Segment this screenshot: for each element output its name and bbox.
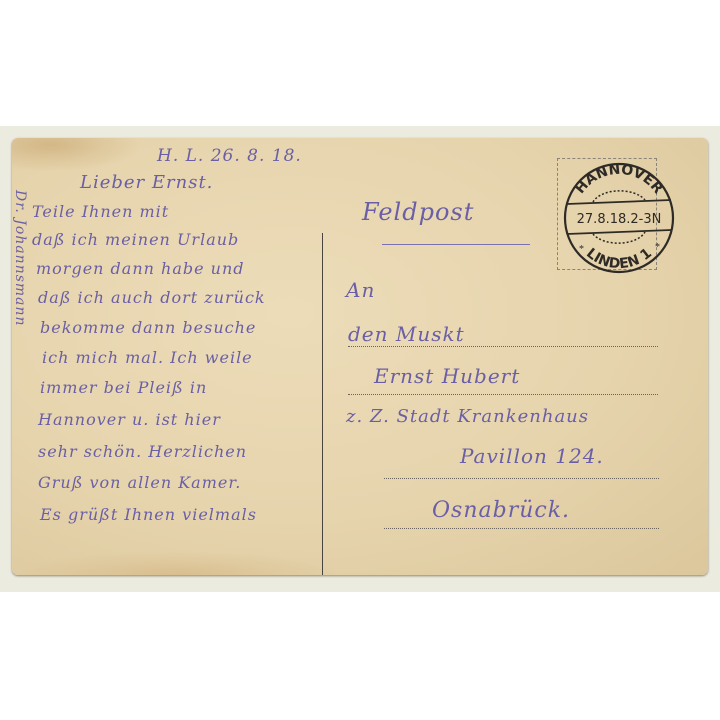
address-rule [384,528,659,529]
message-line: Es grüßt Ihnen vielmals [40,505,257,524]
message-greeting: Lieber Ernst. [80,172,213,193]
message-line: Hannover u. ist hier [38,410,221,429]
postmark: HANNOVER 27.8.18.2-3N LINDEN 1 * * [557,156,677,276]
postmark-star: * [579,244,584,255]
message-line: ich mich mal. Ich weile [42,348,253,367]
address-line: den Muskt [348,322,465,346]
message-line: daß ich meinen Urlaub [32,230,239,249]
address-rule [348,394,658,395]
stain [12,551,342,575]
stain [12,138,142,172]
postmark-city-bottom: LINDEN 1 [583,245,655,272]
address-rule [384,478,659,479]
message-line: immer bei Pleiß in [40,378,207,397]
postmark-star: * [655,242,660,253]
message-line: morgen dann habe und [36,259,245,278]
feldpost-underline [382,244,530,245]
address-line: z. Z. Stadt Krankenhaus [346,406,589,427]
feldpost-label: Feldpost [362,198,474,226]
postcard: H. L. 26. 8. 18. Lieber Ernst. Dr. Johan… [12,138,708,575]
message-line: daß ich auch dort zurück [38,288,266,307]
svg-text:LINDEN 1: LINDEN 1 [583,245,655,272]
svg-text:HANNOVER: HANNOVER [572,162,666,197]
address-line: Osnabrück. [432,498,570,523]
message-side-note: Dr. Johannsmann [12,190,28,327]
postmark-date: 27.8.18.2-3N [577,212,662,227]
message-line: Teile Ihnen mit [32,202,169,221]
postmark-city-top: HANNOVER [572,162,666,197]
message-line: sehr schön. Herzlichen [38,442,247,461]
address-prefix: An [346,278,375,302]
address-line: Ernst Hubert [374,364,520,388]
message-line: bekomme dann besuche [40,318,256,337]
card-divider-line [322,233,323,575]
message-line: Gruß von allen Kamer. [38,473,241,492]
message-date: H. L. 26. 8. 18. [157,146,302,166]
address-line: Pavillon 124. [460,444,604,468]
address-rule [348,346,658,347]
